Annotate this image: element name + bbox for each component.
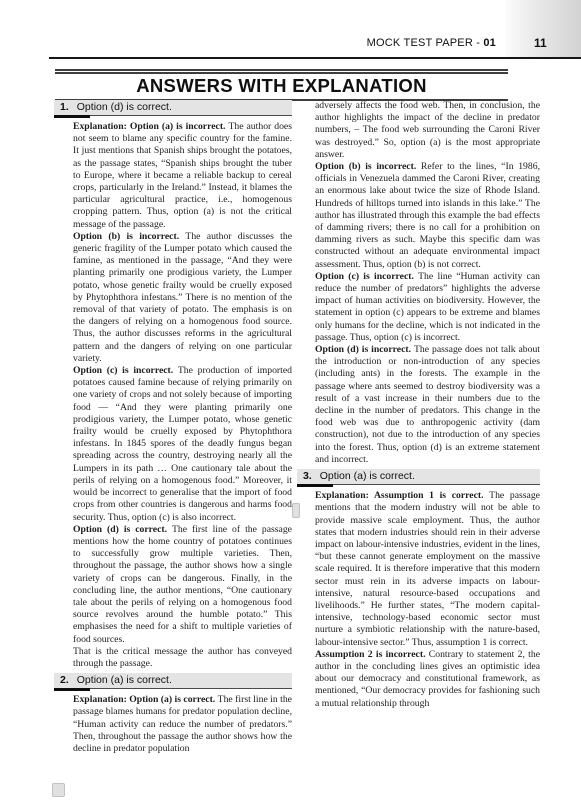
- explanation-paragraph: adversely affects the food web. Then, in…: [315, 100, 540, 161]
- running-header-label: MOCK TEST PAPER -: [367, 37, 484, 49]
- answer-sheet-page: 11 MOCK TEST PAPER - 01 ANSWERS WITH EXP…: [0, 0, 581, 800]
- answer-label: Option (a) is correct.: [77, 674, 172, 686]
- answer-number: 3.: [303, 470, 312, 482]
- paragraph-lead: Explanation: Option (a) is correct.: [73, 694, 218, 705]
- explanation-paragraph: Option (d) is incorrect. The passage doe…: [315, 344, 540, 466]
- answer-number: 2.: [60, 674, 69, 686]
- running-header-number: 01: [483, 37, 496, 49]
- answer-header: 3.Option (a) is correct.: [297, 469, 540, 485]
- paragraph-lead: Option (b) is incorrect.: [73, 231, 185, 242]
- explanation-paragraph: Assumption 2 is incorrect. Contrary to s…: [315, 649, 540, 710]
- explanation-paragraph: Option (b) is incorrect. Refer to the li…: [315, 161, 540, 271]
- paragraph-lead: Option (d) is incorrect.: [315, 344, 414, 355]
- paragraph-lead: Explanation: Assumption 1 is correct.: [315, 490, 489, 501]
- answer-header: 1.Option (d) is correct.: [54, 100, 292, 116]
- explanation-paragraph: Option (c) is incorrect. The production …: [73, 365, 292, 524]
- scan-artifact-gutter: [292, 503, 300, 518]
- paragraph-lead: Option (c) is incorrect.: [315, 271, 418, 282]
- explanation-paragraph: Option (c) is incorrect. The line “Human…: [315, 271, 540, 344]
- explanation-paragraph: Explanation: Option (a) is incorrect. Th…: [73, 121, 292, 231]
- answer-header: 2.Option (a) is correct.: [54, 673, 292, 689]
- section-title-box: ANSWERS WITH EXPLANATION: [55, 69, 508, 101]
- paragraph-lead: Option (b) is incorrect.: [315, 161, 421, 172]
- explanation-paragraph: That is the critical message the author …: [73, 646, 292, 670]
- paragraph-lead: Explanation: Option (a) is incorrect.: [73, 121, 228, 132]
- running-header: MOCK TEST PAPER - 01: [367, 37, 496, 49]
- right-text-column: adversely affects the food web. Then, in…: [297, 100, 540, 768]
- explanation-paragraph: Explanation: Assumption 1 is correct. Th…: [315, 490, 540, 649]
- explanation-paragraph: Option (b) is incorrect. The author disc…: [73, 231, 292, 365]
- answer-number: 1.: [60, 101, 69, 113]
- scan-artifact-bottom: [52, 783, 65, 797]
- paragraph-lead: Option (d) is correct.: [73, 524, 172, 535]
- header-divider: [49, 57, 581, 59]
- left-text-column: 1.Option (d) is correct.Explanation: Opt…: [54, 100, 292, 768]
- answer-label: Option (a) is correct.: [320, 470, 415, 482]
- page-number: 11: [534, 36, 547, 50]
- paragraph-lead: Option (c) is incorrect.: [73, 365, 178, 376]
- answer-label: Option (d) is correct.: [77, 101, 172, 113]
- explanation-paragraph: Option (d) is correct. The first line of…: [73, 524, 292, 646]
- page-corner-band: 11: [506, 0, 581, 58]
- paragraph-lead: Assumption 2 is incorrect.: [315, 649, 429, 660]
- explanation-paragraph: Explanation: Option (a) is correct. The …: [73, 694, 292, 755]
- section-title: ANSWERS WITH EXPLANATION: [136, 75, 427, 96]
